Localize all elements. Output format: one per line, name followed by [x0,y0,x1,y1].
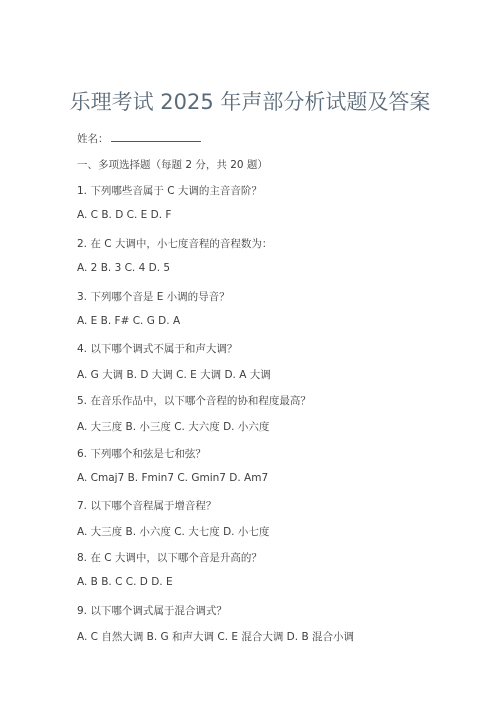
options-5: A. 大三度 B. 小三度 C. 大六度 D. 小六度 [77,419,269,434]
name-field: 姓名： [77,131,201,146]
question-6: 6. 下列哪个和弦是七和弦？ [77,446,206,461]
options-9: A. C 自然大调 B. G 和声大调 C. E 混合大调 D. B 混合小调 [77,629,354,644]
options-7: A. 大三度 B. 小六度 C. 大七度 D. 小七度 [77,524,269,539]
options-6: A. Cmaj7 B. Fmin7 C. Gmin7 D. Am7 [77,472,268,484]
options-2: A. 2 B. 3 C. 4 D. 5 [77,262,170,274]
section-heading: 一、多项选择题（每题 2 分，共 20 题） [77,157,268,172]
question-7: 7. 以下哪个音程属于增音程？ [77,498,216,513]
question-2: 2. 在 C 大调中，小七度音程的音程数为： [77,236,272,251]
document-title: 乐理考试 2025 年声部分析试题及答案 [0,86,500,116]
question-8: 8. 在 C 大调中，以下哪个音是升高的？ [77,550,262,565]
question-4: 4. 以下哪个调式不属于和声大调？ [77,341,237,356]
options-4: A. G 大调 B. D 大调 C. E 大调 D. A 大调 [77,367,271,382]
question-3: 3. 下列哪个音是 E 小调的导音？ [77,289,230,304]
name-blank-line [111,131,201,142]
question-5: 5. 在音乐作品中，以下哪个音程的协和程度最高？ [77,393,311,408]
options-3: A. E B. F# C. G D. A [77,315,180,327]
question-9: 9. 以下哪个调式属于混合调式？ [77,603,227,618]
name-label: 姓名： [77,133,109,145]
options-8: A. B B. C C. D D. E [77,576,173,588]
question-1: 1. 下列哪些音属于 C 大调的主音音阶？ [77,183,262,198]
options-1: A. C B. D C. E D. F [77,209,171,221]
